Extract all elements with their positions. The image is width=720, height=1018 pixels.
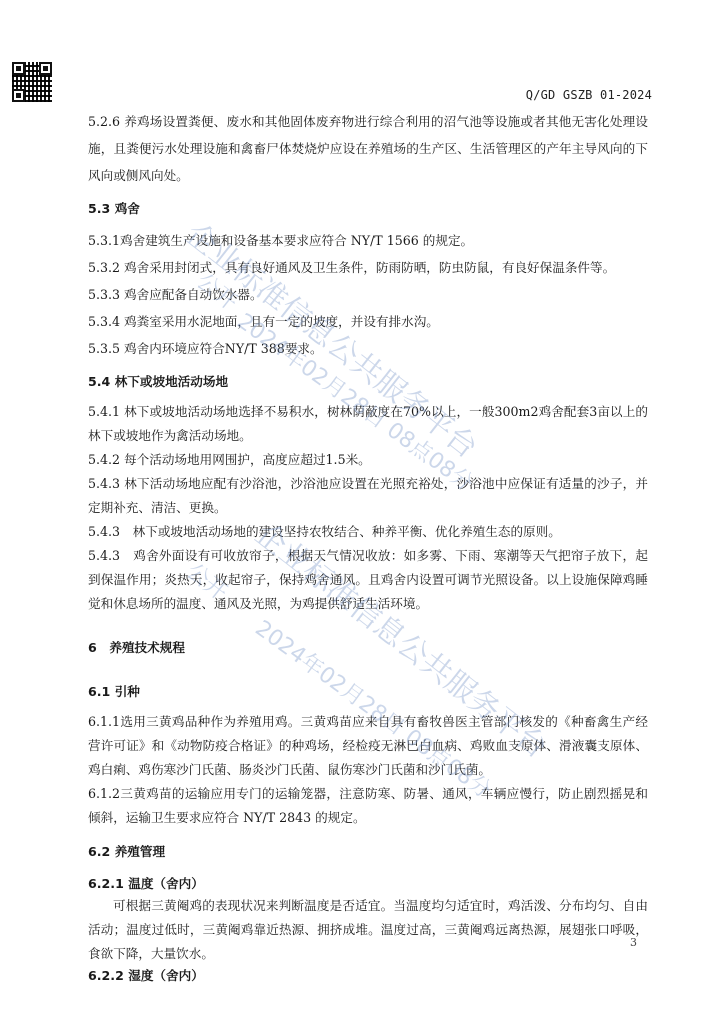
chapter-heading-6: 6 养殖技术规程 bbox=[88, 638, 648, 658]
clause-5-3-1: 5.3.1鸡舍建筑生产设施和设备基本要求应符合 NY/T 1566 的规定。 bbox=[88, 227, 648, 254]
clause-5-4-3-a: 5.4.3 林下活动场地应配有沙浴池，沙浴池应设置在光照充裕处，沙浴池中应保证有… bbox=[88, 472, 648, 520]
clause-5-4-2: 5.4.2 每个活动场地用网围护，高度应超过1.5米。 bbox=[88, 448, 648, 472]
page-number: 3 bbox=[630, 936, 637, 949]
section-heading-5-3: 5.3 鸡舍 bbox=[88, 199, 648, 219]
section-heading-5-4: 5.4 林下或坡地活动场地 bbox=[88, 372, 648, 392]
clause-5-3-5: 5.3.5 鸡舍内环境应符合NY/T 388要求。 bbox=[88, 335, 648, 362]
qr-code-icon bbox=[12, 62, 52, 102]
clause-5-3-3: 5.3.3 鸡舍应配备自动饮水器。 bbox=[88, 281, 648, 308]
clause-5-4-3-b: 5.4.3 林下或坡地活动场地的建设坚持农牧结合、种养平衡、优化养殖生态的原则。 bbox=[88, 520, 648, 544]
clause-6-1-1: 6.1.1选用三黄鸡品种作为养殖用鸡。三黄鸡苗应来自具有畜牧兽医主管部门核发的《… bbox=[88, 710, 648, 782]
qr-finder-pattern bbox=[12, 62, 25, 75]
section-heading-6-1: 6.1 引种 bbox=[88, 682, 648, 702]
document-body: 5.2.6 养鸡场设置粪便、废水和其他固体废弃物进行综合利用的沼气池等设施或者其… bbox=[88, 108, 648, 986]
section-heading-6-2: 6.2 养殖管理 bbox=[88, 842, 648, 862]
subsection-heading-6-2-2: 6.2.2 湿度（舍内） bbox=[88, 966, 648, 986]
clause-6-2-1-body: 可根据三黄阉鸡的表现状况来判断温度是否适宜。当温度均匀适宜时，鸡活泼、分布均匀、… bbox=[88, 894, 648, 966]
qr-finder-pattern bbox=[12, 89, 25, 102]
clause-5-2-6: 5.2.6 养鸡场设置粪便、废水和其他固体废弃物进行综合利用的沼气池等设施或者其… bbox=[88, 108, 648, 189]
clause-5-4-3-c: 5.4.3 鸡舍外面设有可收放帘子，根据天气情况收放：如多雾、下雨、寒潮等天气把… bbox=[88, 544, 648, 616]
clause-5-3-2: 5.3.2 鸡舍采用封闭式，具有良好通风及卫生条件，防雨防晒，防虫防鼠，有良好保… bbox=[88, 254, 648, 281]
clause-5-4-1: 5.4.1 林下或坡地活动场地选择不易积水，树林荫蔽度在70%以上，一般300m… bbox=[88, 400, 648, 448]
qr-finder-pattern bbox=[39, 62, 52, 75]
clause-5-3-4: 5.3.4 鸡粪室采用水泥地面，且有一定的坡度，并设有排水沟。 bbox=[88, 308, 648, 335]
subsection-heading-6-2-1: 6.2.1 温度（舍内） bbox=[88, 874, 648, 894]
clause-6-1-2: 6.1.2三黄鸡苗的运输应用专门的运输笼器，注意防寒、防暑、通风，车辆应慢行，防… bbox=[88, 782, 648, 830]
standard-code: Q/GD GSZB 01-2024 bbox=[526, 88, 652, 102]
